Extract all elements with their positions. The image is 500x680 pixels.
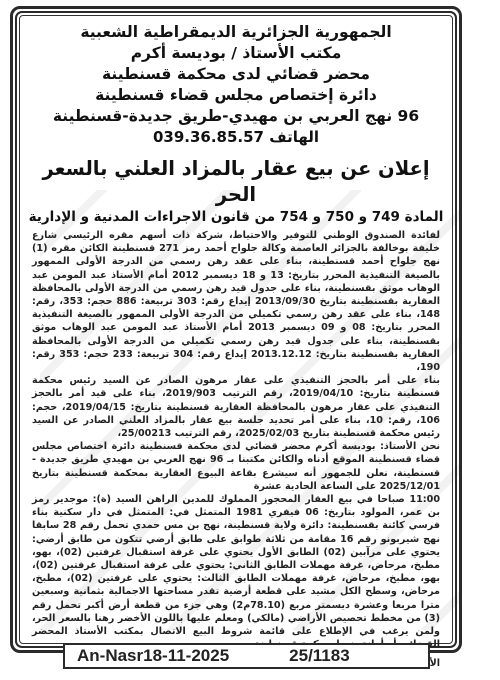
notice-content: الجمهورية الجزائرية الديمقراطية الشعبية …: [24, 22, 448, 632]
notice-body: لفائدة الصندوق الوطني للتوفير والاحتياط،…: [32, 229, 440, 652]
notice-subtitle: المادة 749 و 750 و 754 من قانون الاجراءا…: [24, 208, 448, 227]
letterhead-office: مكتب الأستاذ / بوديسة أكرم: [24, 43, 448, 64]
notice-title: إعلان عن بيع عقار بالمزاد العلني بالسعر …: [24, 156, 448, 208]
letterhead-phone: الهاتف 039.36.85.57: [24, 127, 448, 148]
publication-name-date: An-Nasr18-11-2025: [77, 646, 229, 666]
letterhead-address: 96 نهج العربي بن مهيدي-طريق جديدة-قسنطين…: [24, 106, 448, 127]
body-paragraph-seizure-order: بناء على أمر بالحجز التنفيذي على عقار مر…: [32, 374, 440, 440]
letterhead-jurisdiction: دائرة إختصاص مجلس قضاء قسنطينة: [24, 85, 448, 106]
body-paragraph-creditor: لفائدة الصندوق الوطني للتوفير والاحتياط،…: [32, 229, 440, 374]
body-paragraph-announcement: نحن الأستاذ: بوديسة أكرم محضر قضائي لدى …: [32, 440, 440, 493]
letterhead-role: محضر قضائي لدى محكمة قسنطينة: [24, 64, 448, 85]
letterhead-country: الجمهورية الجزائرية الديمقراطية الشعبية: [24, 22, 448, 43]
publication-reference: 25/1183: [289, 646, 350, 666]
letterhead: الجمهورية الجزائرية الديمقراطية الشعبية …: [24, 22, 448, 148]
publication-footer: An-Nasr18-11-2025 25/1183: [63, 643, 430, 669]
body-paragraph-property: 11:00 صباحا في بيع العقار المحجوز المملو…: [32, 493, 440, 651]
